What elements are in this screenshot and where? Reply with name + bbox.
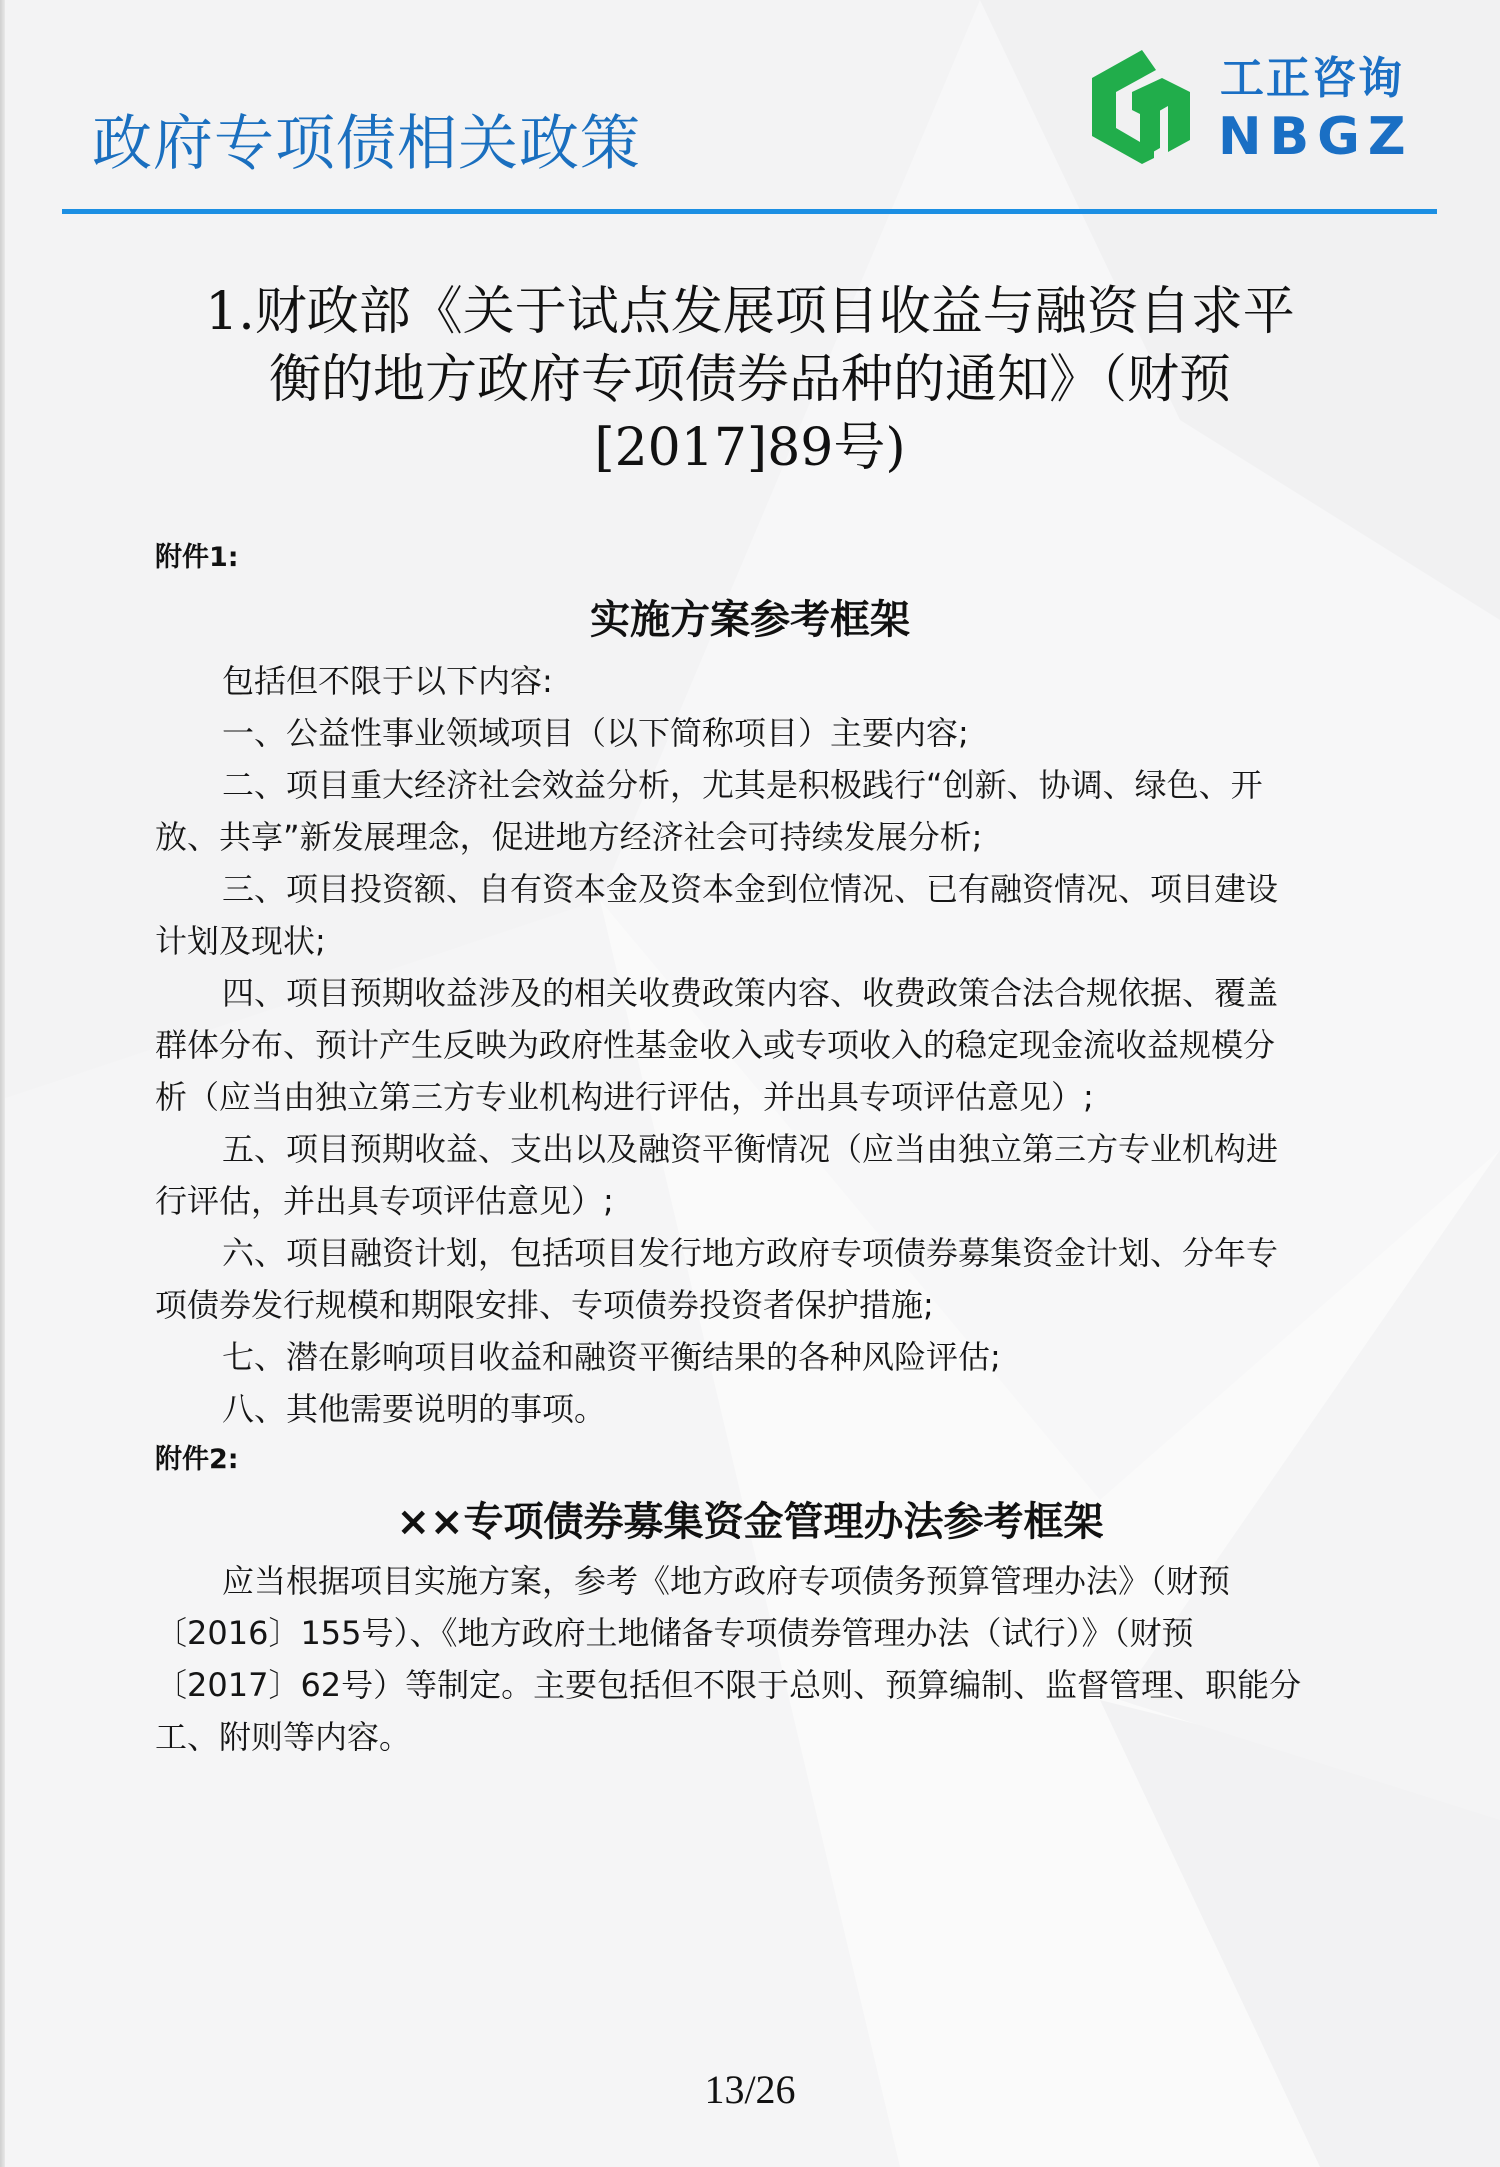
page-number: 13/26 [650,2068,850,2112]
paragraph-line: 一、公益性事业领域项目（以下简称项目）主要内容; [222,713,1322,753]
logo-text-chinese: 工正咨询 [1220,54,1404,104]
paragraph-line: 计划及现状; [155,921,1325,961]
attachment-2-title: ××专项债券募集资金管理办法参考框架 [150,1498,1350,1546]
attachment-1-title: 实施方案参考框架 [150,596,1350,644]
paragraph-line: 〔2017〕62号）等制定。主要包括但不限于总则、预算编制、监督管理、职能分 [155,1665,1325,1705]
paragraph-line: 析（应当由独立第三方专业机构进行评估，并出具专项评估意见）; [155,1077,1325,1117]
document-heading-line: 衡的地方政府专项债券品种的通知》（财预 [150,346,1350,414]
company-logo: 工正咨询 NBGZ [1090,48,1440,168]
paragraph-line: 应当根据项目实施方案，参考《地方政府专项债务预算管理办法》（财预 [222,1561,1322,1601]
paragraph-line: 〔2016〕155号）、《地方政府土地储备专项债券管理办法（试行）》（财预 [155,1613,1325,1653]
page-left-edge [0,0,5,2167]
paragraph-line: 包括但不限于以下内容: [222,661,1322,701]
page-header-title: 政府专项债相关政策 [92,108,641,180]
paragraph-line: 八、其他需要说明的事项。 [222,1389,1322,1429]
paragraph-line: 六、项目融资计划，包括项目发行地方政府专项债券募集资金计划、分年专 [222,1233,1322,1273]
hexagon-g-logo-icon [1090,48,1192,166]
paragraph-line: 五、项目预期收益、支出以及融资平衡情况（应当由独立第三方专业机构进 [222,1129,1322,1169]
document-heading-line: [2017]89号) [150,414,1350,482]
paragraph-line: 行评估，并出具专项评估意见）; [155,1181,1325,1221]
attachment-1-label: 附件1: [155,542,239,574]
paragraph-line: 七、潜在影响项目收益和融资平衡结果的各种风险评估; [222,1337,1322,1377]
paragraph-line: 群体分布、预计产生反映为政府性基金收入或专项收入的稳定现金流收益规模分 [155,1025,1325,1065]
paragraph-line: 二、项目重大经济社会效益分析，尤其是积极践行“创新、协调、绿色、开 [222,765,1322,805]
paragraph-line: 工、附则等内容。 [155,1717,1325,1757]
document-heading-line: 1.财政部《关于试点发展项目收益与融资自求平 [150,278,1350,346]
paragraph-line: 项债券发行规模和期限安排、专项债券投资者保护措施; [155,1285,1325,1325]
attachment-2-label: 附件2: [155,1444,239,1476]
document-heading: 1.财政部《关于试点发展项目收益与融资自求平 衡的地方政府专项债券品种的通知》（… [150,278,1350,482]
paragraph-line: 三、项目投资额、自有资本金及资本金到位情况、已有融资情况、项目建设 [222,869,1322,909]
header-divider [62,209,1437,214]
paragraph-line: 放、共享”新发展理念，促进地方经济社会可持续发展分析; [155,817,1325,857]
paragraph-line: 四、项目预期收益涉及的相关收费政策内容、收费政策合法合规依据、覆盖 [222,973,1322,1013]
logo-text-english: NBGZ [1218,108,1414,166]
